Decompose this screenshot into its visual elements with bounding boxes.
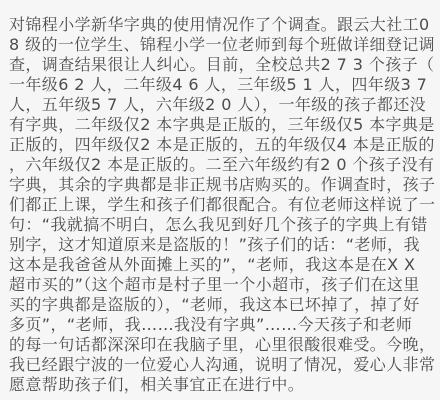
text-line: 人，五年级5 7 人，六年级2 0 人），一年级的孩子都还没 <box>9 95 434 115</box>
text-line: 别字，这才知道原来是盗版的！”孩子们的话：“老师，我 <box>9 235 434 255</box>
text-line: ，六年级仅2 本是正版的。二至六年级约有2 0 个孩子没有 <box>9 155 434 175</box>
text-line: 一年级6 2 人，二年级4 6 人，三年级5 1 人，四年级3 7 <box>9 75 434 95</box>
text-line: 字典，其余的字典都是非正规书店购买的。作调查时，孩子 <box>9 175 434 195</box>
text-line: 愿意帮助孩子们，相关事宜正在进行中。 <box>9 375 434 395</box>
text-line: 句：“我就搞不明白，怎么我见到好几个孩子的字典上有错 <box>9 215 434 235</box>
text-line: 查，调查结果很让人纠心。目前，全校总共2 7 3 个孩子（ <box>9 55 434 75</box>
text-line: 8 级的一位学生、锦程小学一位老师到每个班做详细登记调 <box>9 35 434 55</box>
text-line: 对锦程小学新华字典的使用情况作了个调查。跟云大社工0 <box>9 15 434 35</box>
text-line: 正版的，四年级仅2 本是正版的，五的年级仅4 本是正版的 <box>9 135 434 155</box>
text-line: 们都正上课，学生和孩子们都很配合。有位老师这样说了一 <box>9 195 434 215</box>
text-line: 我已经跟宁波的一位爱心人沟通，说明了情况，爱心人非常 <box>9 355 434 375</box>
text-line: 买的字典都是盗版的），“老师，我这本已坏掉了，掉了好 <box>9 295 434 315</box>
article-text: 对锦程小学新华字典的使用情况作了个调查。跟云大社工0 8 级的一位学生、锦程小学… <box>0 0 440 400</box>
text-line: 的每一句话都深深印在我脑子里，心里很酸很难受。今晚， <box>9 335 434 355</box>
text-line: 有字典，二年级仅2 本字典是正版的，三年级仅5 本字典是 <box>9 115 434 135</box>
text-line: 这本是我爸爸从外面摊上买的”，“老师，我这本是在X X <box>9 255 434 275</box>
text-line: 多页”，“老师，我……我没有字典”……今天孩子和老师 <box>9 315 434 335</box>
text-line: 超市买的”（这个超市是村子里一个小超市，孩子们在这里 <box>9 275 434 295</box>
